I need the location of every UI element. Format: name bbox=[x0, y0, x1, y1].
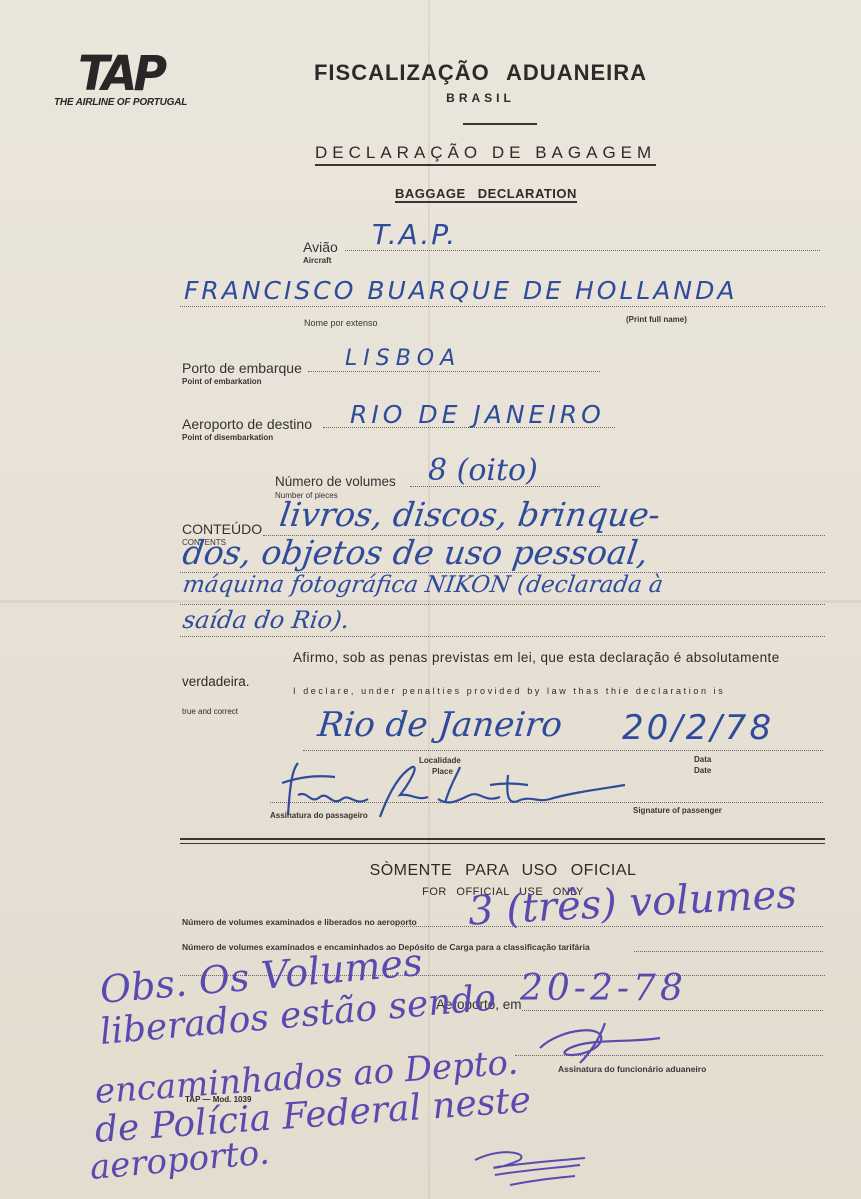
released-label: Número de volumes examinados e liberados… bbox=[182, 917, 417, 927]
contents-line-4 bbox=[180, 636, 825, 637]
aircraft-label: Avião bbox=[303, 239, 338, 255]
header-divider bbox=[463, 123, 537, 125]
contents-text-line-1[interactable]: livros, discos, brinque- bbox=[277, 495, 662, 534]
declaration-text-pt: Afirmo, sob as penas previstas em lei, q… bbox=[293, 650, 780, 665]
contents-text-line-2[interactable]: dos, objetos de uso pessoal, bbox=[180, 533, 650, 572]
form-title-en: BAGGAGE DECLARATION bbox=[395, 186, 577, 203]
airport-date-line bbox=[522, 1010, 823, 1011]
contents-text-line-4[interactable]: saída do Rio). bbox=[181, 606, 351, 634]
baggage-declaration-form: TAP THE AIRLINE OF PORTUGAL FISCALIZAÇÃO… bbox=[0, 0, 861, 1199]
signature-label-en: Signature of passenger bbox=[633, 806, 722, 815]
airport-date-field[interactable]: 20-2-78 bbox=[520, 968, 687, 1009]
aircraft-field[interactable]: T.A.P. bbox=[372, 218, 457, 251]
country-subtitle: BRASIL bbox=[0, 91, 861, 105]
paper-fold-horizontal bbox=[0, 600, 861, 603]
signature-label: Assinatura do passageiro bbox=[270, 811, 368, 820]
notes-initials bbox=[455, 1140, 595, 1190]
official-section-divider bbox=[180, 838, 825, 844]
destination-label-en: Point of disembarkation bbox=[182, 433, 273, 442]
officer-signature[interactable] bbox=[530, 1018, 670, 1068]
full-name-label-en: (Print full name) bbox=[626, 315, 687, 324]
declaration-text-en: I declare, under penalties provided by l… bbox=[293, 686, 725, 696]
form-code: TAP — Mod. 1039 bbox=[185, 1095, 251, 1104]
form-title-pt: DECLARAÇÃO DE BAGAGEM bbox=[315, 143, 656, 166]
aircraft-label-en: Aircraft bbox=[303, 256, 331, 265]
declaration-text-pt-cont: verdadeira. bbox=[182, 674, 250, 689]
forwarded-field-line bbox=[634, 951, 823, 952]
contents-text-line-3[interactable]: máquina fotográfica NIKON (declarada à bbox=[181, 572, 665, 598]
contents-line-3 bbox=[180, 604, 825, 605]
full-name-field[interactable]: FRANCISCO BUARQUE DE HOLLANDA bbox=[184, 276, 737, 305]
place-date-line bbox=[303, 750, 823, 751]
date-label: Data bbox=[694, 755, 711, 764]
embarkation-label-en: Point of embarkation bbox=[182, 377, 262, 386]
date-field[interactable]: 20/2/78 bbox=[622, 708, 774, 748]
pieces-field[interactable]: 8 (oito) bbox=[428, 453, 538, 488]
pieces-label: Número de volumes bbox=[275, 474, 396, 489]
full-name-label: Nome por extenso bbox=[304, 318, 378, 328]
embarkation-label: Porto de embarque bbox=[182, 360, 302, 376]
destination-label: Aeroporto de destino bbox=[182, 416, 312, 432]
place-field[interactable]: Rio de Janeiro bbox=[316, 705, 564, 745]
name-field-line bbox=[180, 306, 825, 307]
declaration-text-en-cont: true and correct bbox=[182, 707, 238, 716]
date-label-en: Date bbox=[694, 766, 711, 775]
embarkation-field[interactable]: LISBOA bbox=[345, 346, 461, 371]
page-title: FISCALIZAÇÃO ADUANEIRA bbox=[0, 60, 861, 86]
embarkation-field-line bbox=[308, 371, 600, 372]
officer-signature-label: Assinatura do funcionário aduaneiro bbox=[558, 1064, 706, 1074]
destination-field[interactable]: RIO DE JANEIRO bbox=[350, 400, 605, 429]
